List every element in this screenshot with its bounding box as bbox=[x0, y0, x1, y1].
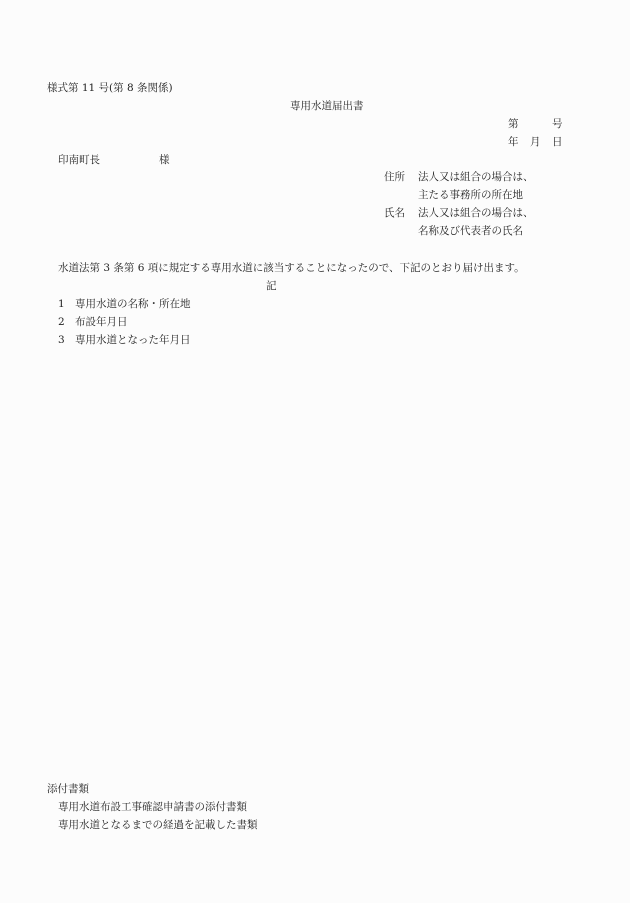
addressee-name: 印南町長 bbox=[58, 153, 100, 167]
attachment-item: 専用水道布設工事確認申請書の添付書類 bbox=[58, 800, 247, 814]
date-day: 日 bbox=[552, 135, 563, 149]
attachments-heading: 添付書類 bbox=[47, 782, 89, 796]
ki-heading: 記 bbox=[266, 279, 277, 293]
form-number: 様式第 11 号(第 8 条関係) bbox=[47, 81, 173, 95]
item-label: 専用水道となった年月日 bbox=[75, 333, 191, 347]
address-note-2: 主たる事務所の所在地 bbox=[418, 188, 523, 202]
number-suffix: 号 bbox=[552, 117, 563, 131]
item-label: 専用水道の名称・所在地 bbox=[75, 297, 191, 311]
item-number: 2 bbox=[58, 315, 75, 329]
name-note-1: 法人又は組合の場合は、 bbox=[418, 206, 534, 220]
name-label: 氏名 bbox=[384, 206, 405, 220]
address-note-1: 法人又は組合の場合は、 bbox=[418, 170, 534, 184]
list-item: 3 専用水道となった年月日 bbox=[58, 333, 191, 347]
attachment-item: 専用水道となるまでの経過を記載した書類 bbox=[58, 818, 258, 832]
body-text: 水道法第 3 条第 6 項に規定する専用水道に該当することになったので、下記のと… bbox=[58, 261, 525, 275]
address-label: 住所 bbox=[384, 170, 405, 184]
list-item: 2 布設年月日 bbox=[58, 315, 128, 329]
document-title: 専用水道届出書 bbox=[290, 99, 364, 113]
addressee-honorific: 様 bbox=[159, 153, 170, 167]
number-prefix: 第 bbox=[508, 117, 519, 131]
item-label: 布設年月日 bbox=[75, 315, 128, 329]
name-note-2: 名称及び代表者の氏名 bbox=[418, 224, 523, 238]
list-item: 1 専用水道の名称・所在地 bbox=[58, 297, 191, 311]
item-number: 1 bbox=[58, 297, 75, 311]
date-year: 年 bbox=[508, 135, 519, 149]
item-number: 3 bbox=[58, 333, 75, 347]
date-month: 月 bbox=[530, 135, 541, 149]
